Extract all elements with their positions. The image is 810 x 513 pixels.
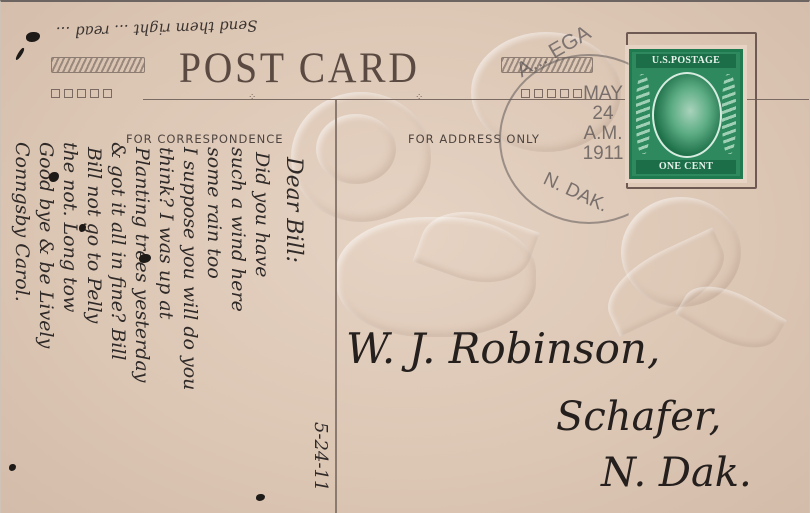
ink-blot	[26, 32, 40, 42]
message-line: such a wind here	[227, 147, 249, 312]
postmark-date-block: MAY 24 A.M. 1911	[575, 84, 631, 164]
message-line: & got it all in fine? Bill	[107, 142, 129, 360]
recipient-name: W. J. Robinson,	[346, 324, 660, 373]
recipient-city: Schafer,	[556, 394, 721, 440]
embossed-leaf	[412, 195, 539, 298]
message-line: Did you have	[251, 152, 273, 278]
ink-blot	[9, 464, 16, 471]
postage-stamp: U.S.POSTAGE ONE CENT	[629, 49, 743, 179]
postcard-back: Send them right ... read ... POST CARD ⁘…	[0, 0, 810, 513]
message-line: Bill not go to Pelly	[83, 147, 105, 323]
embossed-rose	[336, 217, 536, 337]
embossed-leaf	[594, 227, 737, 336]
embossed-rose	[621, 197, 741, 307]
message-line: think? I was up at	[155, 147, 177, 319]
rule-ornament: ⁘	[415, 92, 423, 103]
postmark-month: MAY	[575, 84, 631, 104]
embossed-rose	[316, 114, 396, 184]
ink-blot	[49, 172, 59, 182]
stamp-top-text: U.S.POSTAGE	[636, 54, 736, 68]
label-correspondence: FOR CORRESPONDENCE	[126, 132, 284, 146]
message-salutation: Dear Bill:	[281, 157, 306, 263]
wreath-left-icon	[636, 74, 650, 154]
wreath-right-icon	[722, 74, 736, 154]
recipient-state: N. Dak.	[601, 450, 752, 496]
stamp-bottom-text: ONE CENT	[636, 160, 736, 174]
decorative-boxes-left	[51, 89, 112, 98]
upside-down-note: Send them right ... read ...	[56, 16, 258, 41]
message-line: I suppose you will do you	[179, 147, 201, 390]
message-date: 5-24-11	[310, 422, 331, 491]
message-line: the not. Long tow	[59, 142, 81, 312]
message-line: Conngsby Carol.	[11, 142, 33, 302]
ink-blot	[15, 47, 25, 61]
message-line: Planting trees yesterday	[131, 147, 153, 383]
laurel-ornament-left	[51, 57, 145, 73]
embossed-leaf	[675, 270, 787, 363]
post-card-title: POST CARD	[179, 44, 420, 93]
postmark-time: A.M.	[575, 124, 631, 144]
franklin-portrait-icon	[652, 72, 722, 158]
ink-blot	[256, 494, 265, 501]
postmark-day: 24	[575, 104, 631, 124]
message-line: some rain too	[203, 147, 225, 279]
rule-ornament: ⁘	[248, 92, 256, 103]
center-divider	[335, 100, 337, 513]
postmark-year: 1911	[575, 144, 631, 164]
embossed-rose	[291, 92, 431, 222]
